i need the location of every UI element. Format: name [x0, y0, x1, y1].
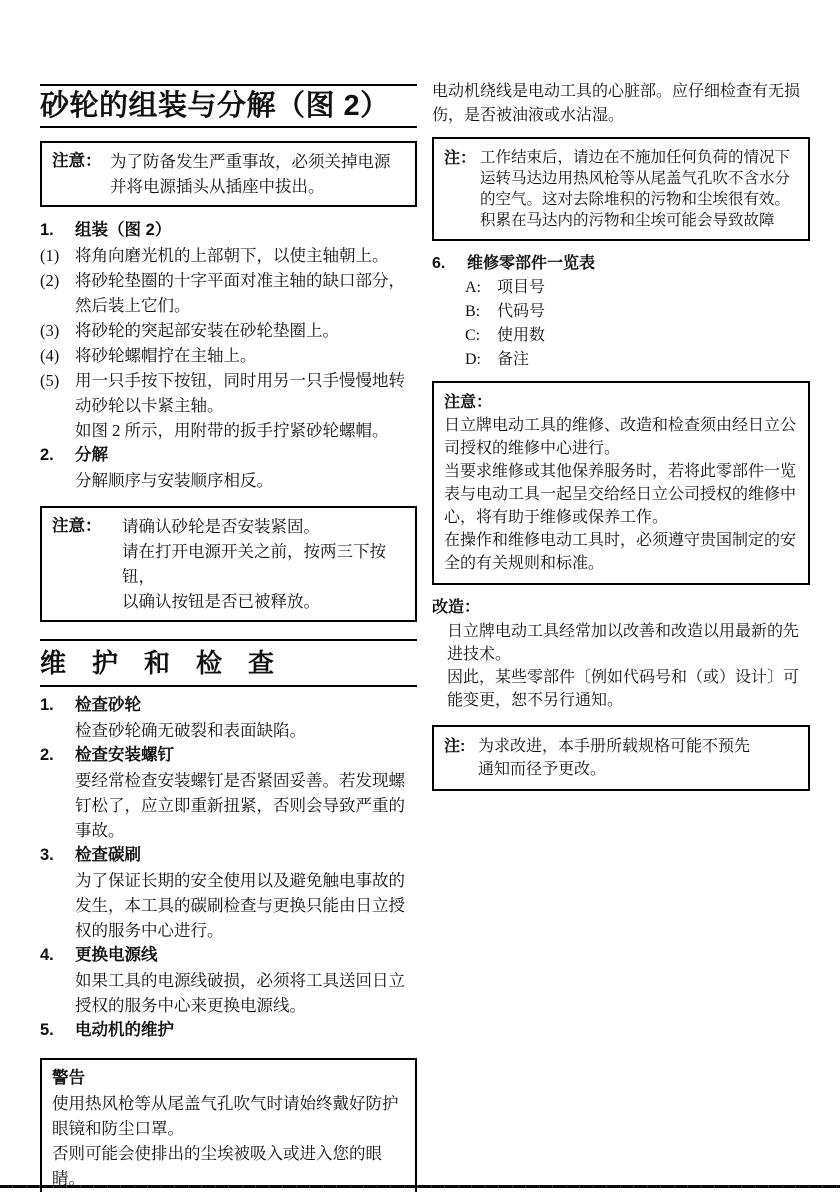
disassembly-head: 分解 — [75, 443, 108, 468]
disassembly-body: 分解顺序与安装顺序相反。 — [75, 468, 417, 493]
maintenance-item-1: 1. 检查砂轮 检查砂轮确无破裂和表面缺陷。 — [40, 693, 417, 743]
item-number: 2. — [40, 743, 75, 768]
page-title: 砂轮的组装与分解（图 2） — [40, 86, 417, 126]
step-number: (5) — [40, 368, 75, 443]
item-heading: 3. 检查碳刷 — [40, 843, 417, 868]
assembly-title-block: 砂轮的组装与分解（图 2） — [40, 84, 417, 128]
title-rule-bottom — [40, 126, 417, 128]
parts-list-item-d: D: 备注 — [465, 348, 810, 372]
step-text-line: 如图 2 所示，用附带的扳手拧紧砂轮螺帽。 — [75, 418, 417, 443]
parts-head: 维修零部件一览表 — [467, 252, 595, 276]
item-heading: 2. 检查安装螺钉 — [40, 743, 417, 768]
step-number: (4) — [40, 343, 75, 368]
item-number: 1. — [40, 693, 75, 718]
caution-line: 请在打开电源开关之前，按两三下按钮， — [122, 539, 405, 589]
warning-line: 否则可能会使排出的尘埃被吸入或进入您的眼睛。 — [52, 1141, 405, 1191]
maintenance-title-block: 维 护 和 检 查 — [40, 639, 417, 687]
caution-line: 以确认按钮是否已被释放。 — [122, 589, 405, 614]
note-text: 工作结束后，请边在不施加任何负荷的情况下运转马达边用热风枪等从尾盖气孔吹不含水分… — [480, 147, 798, 231]
motor-intro-paragraph: 电动机绕线是电动工具的心脏部。应仔细检查有无损伤，是否被油液或水沾湿。 — [432, 80, 810, 128]
parts-key: A: — [465, 276, 489, 300]
right-column: 电动机绕线是电动工具的心脏部。应仔细检查有无损伤，是否被油液或水沾湿。 注： 工… — [432, 80, 810, 791]
item-head: 检查碳刷 — [75, 843, 141, 868]
item-number: 5. — [40, 1018, 75, 1043]
note-label: 注： — [444, 147, 480, 231]
item-head: 检查砂轮 — [75, 693, 141, 718]
parts-key: C: — [465, 324, 489, 348]
warning-box: 警告 使用热风枪等从尾盖气孔吹气时请始终戴好防护眼镜和防尘口罩。 否则可能会使排… — [40, 1058, 417, 1192]
item-heading: 4. 更换电源线 — [40, 943, 417, 968]
disassembly-heading: 2. 分解 — [40, 443, 417, 468]
title-rule-bottom — [40, 685, 417, 687]
note-text: 为求改进，本手册所载规格可能不预先 通知而径予更改。 — [478, 735, 798, 781]
parts-list-heading: 6. 维修零部件一览表 — [432, 252, 810, 276]
step-text: 将砂轮的突起部安装在砂轮垫圈上。 — [75, 318, 417, 343]
caution-label: 注意： — [52, 149, 110, 199]
parts-value: 项目号 — [497, 276, 545, 300]
caution-text: 请确认砂轮是否安装紧固。 请在打开电源开关之前，按两三下按钮， 以确认按钮是否已… — [122, 514, 405, 614]
modifications-paragraph: 因此，某些零部件〔例如代码号和（或）设计〕可能变更，恕不另行通知。 — [447, 666, 810, 712]
note-box-motor-cleaning: 注： 工作结束后，请边在不施加任何负荷的情况下运转马达边用热风枪等从尾盖气孔吹不… — [432, 137, 810, 241]
parts-key: D: — [465, 348, 489, 372]
modifications-heading: 改造： — [432, 596, 810, 620]
note-label: 注: — [444, 735, 478, 781]
assembly-step-3: (3) 将砂轮的突起部安装在砂轮垫圈上。 — [40, 318, 417, 343]
caution-box-service: 注意： 日立牌电动工具的维修、改造和检查须由经日立公司授权的维修中心进行。 当要… — [432, 381, 810, 585]
step-text: 将砂轮垫圈的十字平面对准主轴的缺口部分，然后装上它们。 — [75, 268, 417, 318]
caution-label: 注意： — [444, 391, 798, 414]
note-line: 为求改进，本手册所载规格可能不预先 — [478, 735, 798, 758]
step-number: (3) — [40, 318, 75, 343]
item-number: 4. — [40, 943, 75, 968]
assembly-step-1: (1) 将角向磨光机的上部朝下，以使主轴朝上。 — [40, 243, 417, 268]
assembly-number: 1. — [40, 218, 75, 243]
modifications-paragraph: 日立牌电动工具经常加以改善和改造以用最新的先进技术。 — [447, 620, 810, 666]
warning-line: 使用热风枪等从尾盖气孔吹气时请始终戴好防护眼镜和防尘口罩。 — [52, 1091, 405, 1141]
step-text: 将角向磨光机的上部朝下，以使主轴朝上。 — [75, 243, 417, 268]
assembly-heading: 1. 组装（图 2） — [40, 218, 417, 243]
warning-title: 警告 — [52, 1066, 405, 1091]
assembly-step-5: (5) 用一只手按下按钮，同时用另一只手慢慢地转动砂轮以卡紧主轴。 如图 2 所… — [40, 368, 417, 443]
maintenance-item-5: 5. 电动机的维护 — [40, 1018, 417, 1043]
parts-value: 备注 — [497, 348, 529, 372]
assembly-step-4: (4) 将砂轮螺帽拧在主轴上。 — [40, 343, 417, 368]
item-body: 为了保证长期的安全使用以及避免触电事故的发生，本工具的碳刷检查与更换只能由日立授… — [75, 868, 417, 943]
item-head: 更换电源线 — [75, 943, 158, 968]
parts-key: B: — [465, 300, 489, 324]
caution-line: 请确认砂轮是否安装紧固。 — [122, 514, 405, 539]
step-text: 用一只手按下按钮，同时用另一只手慢慢地转动砂轮以卡紧主轴。 如图 2 所示，用附… — [75, 368, 417, 443]
assembly-step-2: (2) 将砂轮垫圈的十字平面对准主轴的缺口部分，然后装上它们。 — [40, 268, 417, 318]
page-edge-line — [0, 1185, 840, 1188]
caution-paragraph: 日立牌电动工具的维修、改造和检查须由经日立公司授权的维修中心进行。 — [444, 414, 798, 460]
parts-list-item-c: C: 使用数 — [465, 324, 810, 348]
caution-label: 注意： — [52, 514, 122, 614]
maintenance-title: 维 护 和 检 查 — [40, 641, 417, 685]
note-box-spec-change: 注: 为求改进，本手册所载规格可能不预先 通知而径予更改。 — [432, 725, 810, 791]
item-body: 要经常检查安装螺钉是否紧固妥善。若发现螺钉松了，应立即重新扭紧，否则会导致严重的… — [75, 768, 417, 843]
step-text: 将砂轮螺帽拧在主轴上。 — [75, 343, 417, 368]
assembly-head: 组装（图 2） — [75, 218, 171, 243]
step-number: (2) — [40, 268, 75, 318]
caution-paragraph: 当要求维修或其他保养服务时，若将此零部件一览表与电动工具一起呈交给经日立公司授权… — [444, 460, 798, 529]
disassembly-number: 2. — [40, 443, 75, 468]
step-text-line: 用一只手按下按钮，同时用另一只手慢慢地转动砂轮以卡紧主轴。 — [75, 368, 417, 418]
parts-list-item-a: A: 项目号 — [465, 276, 810, 300]
parts-value: 使用数 — [497, 324, 545, 348]
step-number: (1) — [40, 243, 75, 268]
item-head: 检查安装螺钉 — [75, 743, 174, 768]
parts-number: 6. — [432, 252, 467, 276]
parts-value: 代码号 — [497, 300, 545, 324]
maintenance-item-3: 3. 检查碳刷 为了保证长期的安全使用以及避免触电事故的发生，本工具的碳刷检查与… — [40, 843, 417, 943]
maintenance-item-2: 2. 检查安装螺钉 要经常检查安装螺钉是否紧固妥善。若发现螺钉松了，应立即重新扭… — [40, 743, 417, 843]
caution-box-wheel-check: 注意： 请确认砂轮是否安装紧固。 请在打开电源开关之前，按两三下按钮， 以确认按… — [40, 506, 417, 622]
caution-box-power-off: 注意： 为了防备发生严重事故，必须关掉电源并将电源插头从插座中拔出。 — [40, 141, 417, 207]
item-head: 电动机的维护 — [75, 1018, 174, 1043]
maintenance-item-4: 4. 更换电源线 如果工具的电源线破损，必须将工具送回日立授权的服务中心来更换电… — [40, 943, 417, 1018]
item-heading: 5. 电动机的维护 — [40, 1018, 417, 1043]
left-column: 砂轮的组装与分解（图 2） 注意： 为了防备发生严重事故，必须关掉电源并将电源插… — [40, 84, 417, 1192]
item-body: 如果工具的电源线破损，必须将工具送回日立授权的服务中心来更换电源线。 — [75, 968, 417, 1018]
caution-paragraph: 在操作和维修电动工具时，必须遵守贵国制定的安全的有关规则和标准。 — [444, 529, 798, 575]
parts-list-item-b: B: 代码号 — [465, 300, 810, 324]
caution-text: 为了防备发生严重事故，必须关掉电源并将电源插头从插座中拔出。 — [110, 149, 405, 199]
item-heading: 1. 检查砂轮 — [40, 693, 417, 718]
item-body: 检查砂轮确无破裂和表面缺陷。 — [75, 718, 417, 743]
item-number: 3. — [40, 843, 75, 868]
note-line: 通知而径予更改。 — [478, 758, 798, 781]
